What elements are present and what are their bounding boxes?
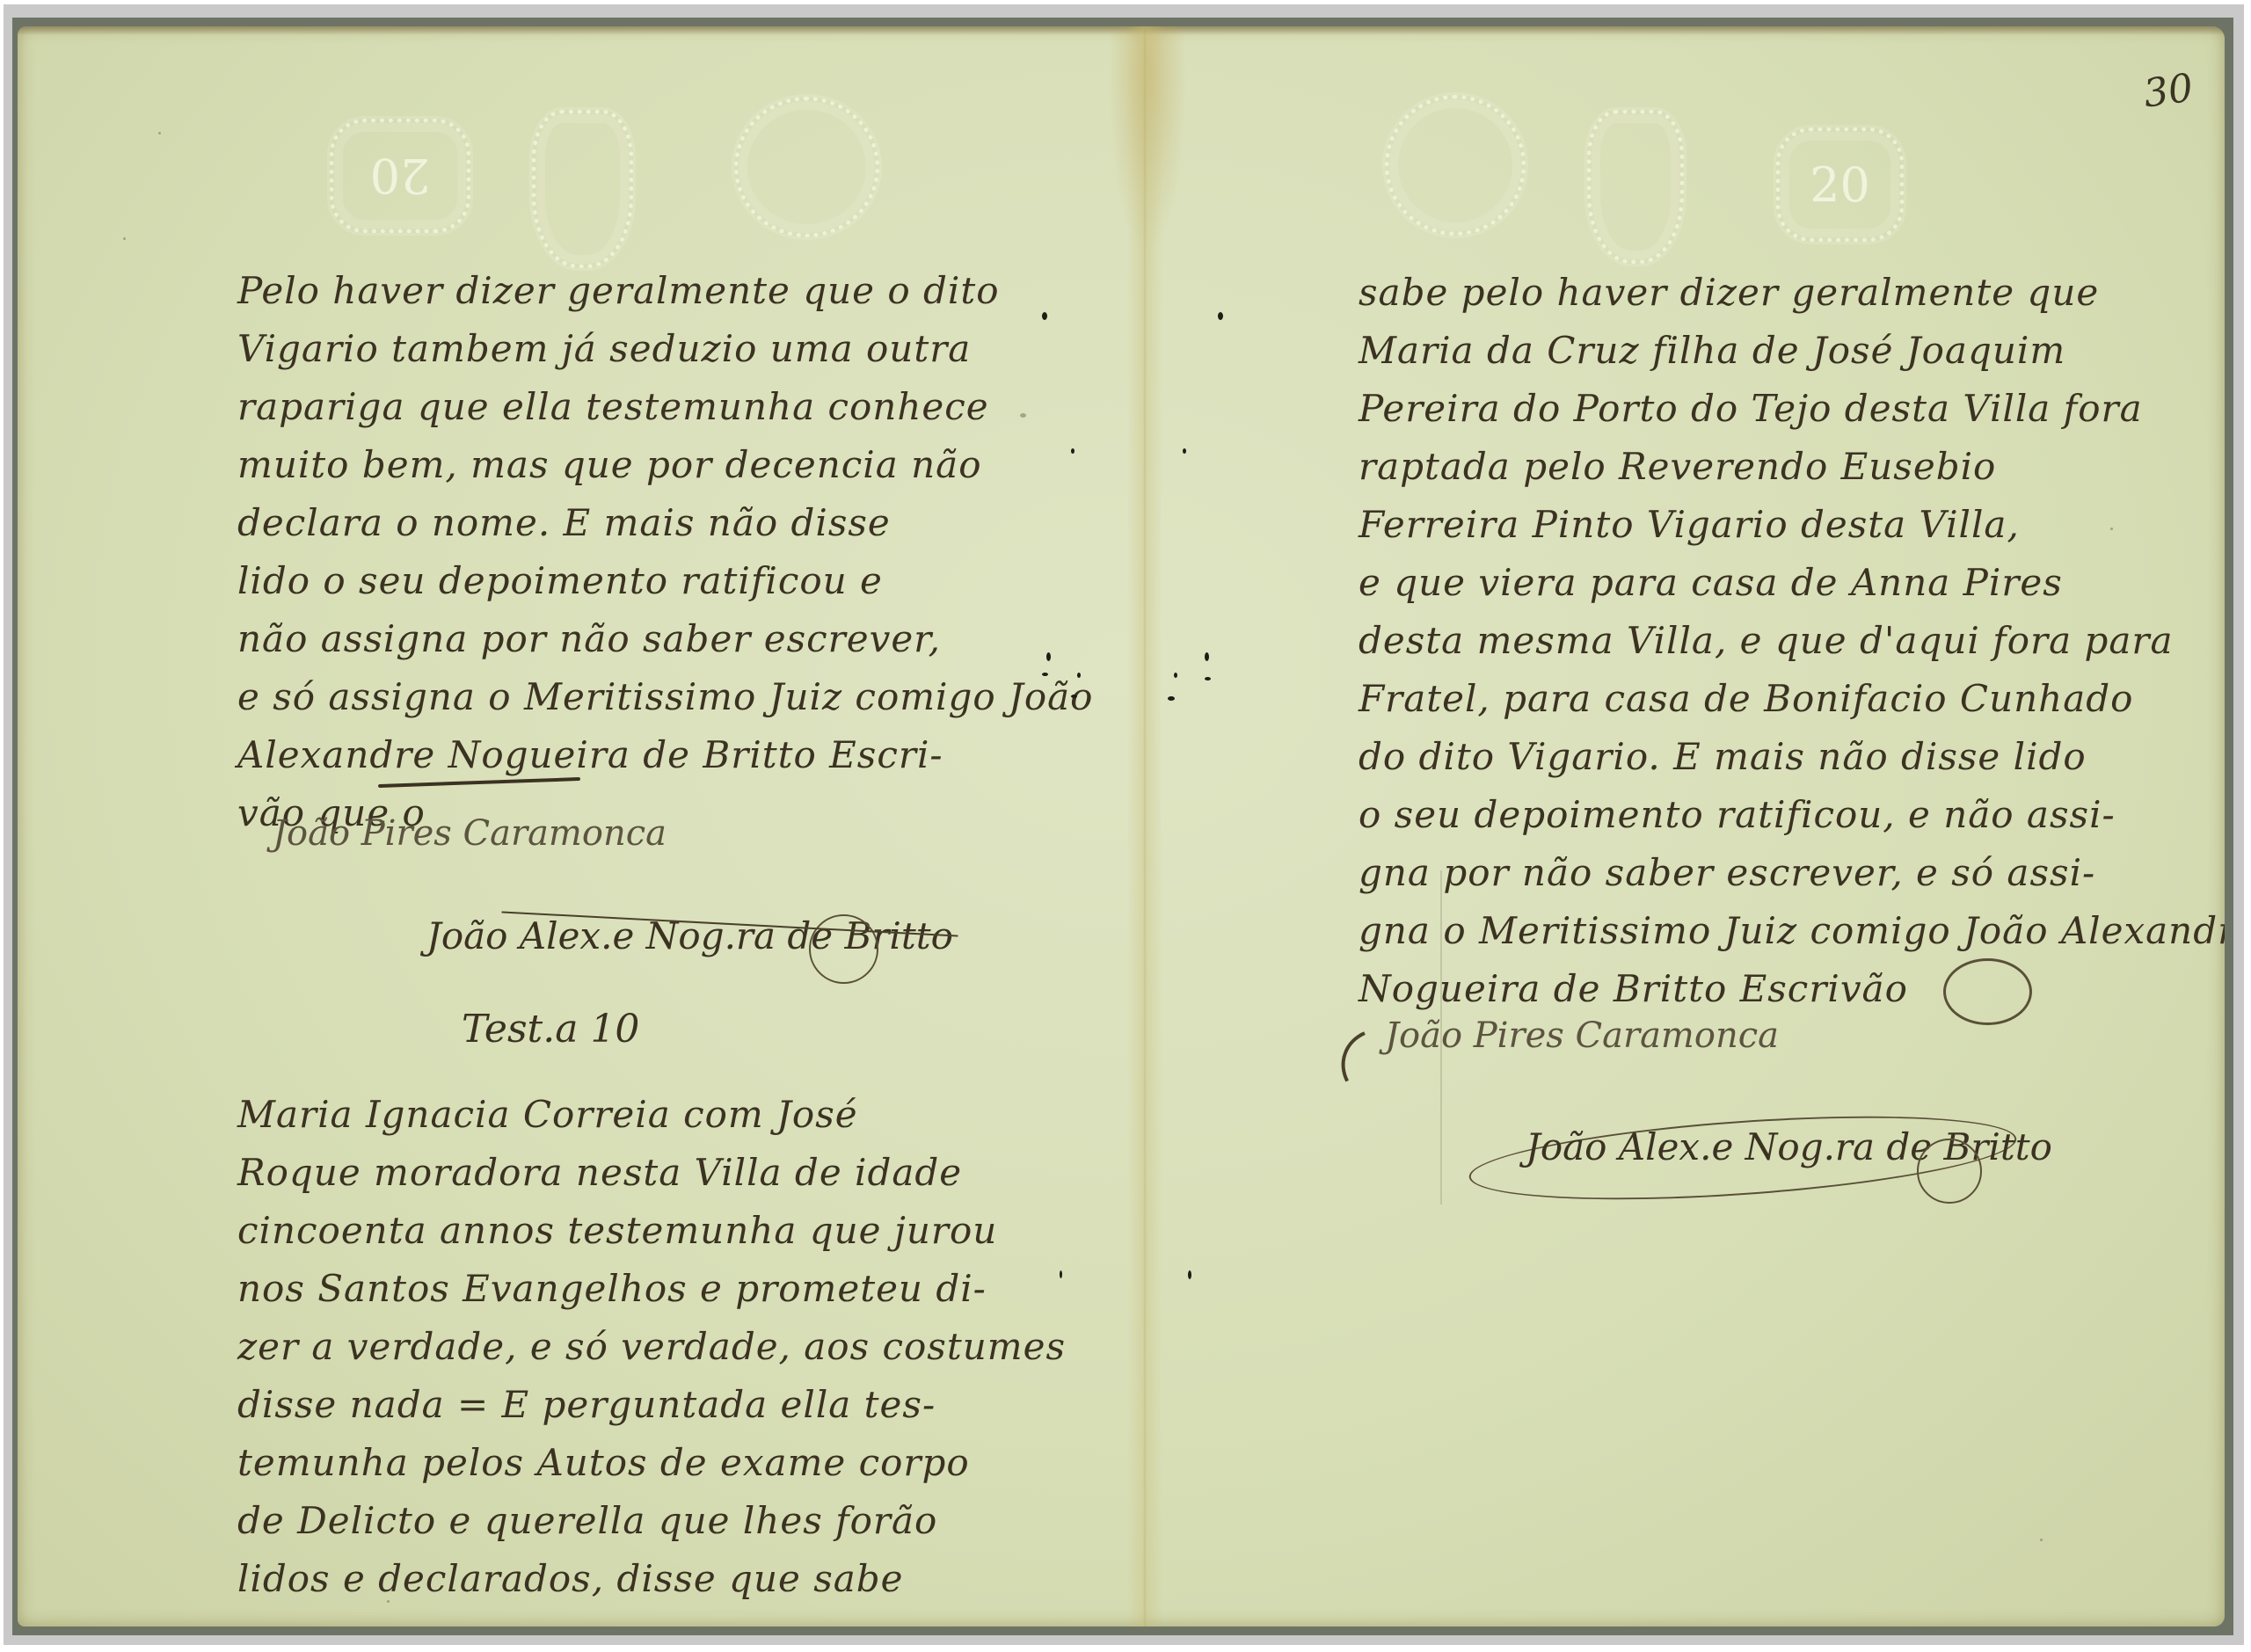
text-line: de Delicto e querella que lhes forão	[237, 1492, 932, 1550]
manuscript-spread: 20 20 30 Pelo haver dizer geralmente que…	[18, 26, 2225, 1627]
text-line: nos Santos Evangelhos e prometeu di-	[237, 1260, 932, 1318]
paper-speck	[387, 1600, 390, 1603]
text-line: Pelo haver dizer geralmente que o dito	[237, 262, 932, 320]
text-line: disse nada = E perguntada ella tes-	[237, 1376, 932, 1434]
embossed-crest-right	[1587, 110, 1684, 264]
text-line: gna por não saber escrever, e só assi-	[1359, 844, 2088, 902]
signature-witness-right: João Pires Caramonca	[1385, 1015, 1779, 1056]
left-page-testimony: Maria Ignacia Correia com José Roque mor…	[237, 1086, 932, 1608]
binding-hole	[1205, 652, 1209, 661]
paper-speck	[2110, 528, 2113, 530]
right-page-text: sabe pelo haver dizer geralmente que Mar…	[1359, 264, 2088, 1018]
text-line: zer a verdade, e só verdade, aos costume…	[237, 1318, 932, 1376]
binding-hole	[1042, 673, 1048, 676]
text-line: Alexandre Nogueira de Britto Escri-	[237, 726, 932, 784]
text-line: sabe pelo haver dizer geralmente que	[1359, 264, 2088, 322]
signature-flourish	[1943, 958, 2032, 1025]
binding-hole	[1046, 652, 1051, 661]
text-line: Ferreira Pinto Vigario desta Villa,	[1359, 496, 2088, 554]
binding-hole	[1071, 448, 1075, 454]
binding-hole	[1042, 312, 1047, 320]
text-line: gna o Meritissimo Juiz comigo João Alexa…	[1359, 902, 2088, 960]
text-line: Maria da Cruz filha de José Joaquim	[1359, 322, 2088, 380]
center-fold	[1127, 26, 1162, 1627]
text-line: Fratel, para casa de Bonifacio Cunhado	[1359, 670, 2088, 728]
signature-witness-left: João Pires Caramonca	[273, 813, 667, 854]
binding-hole	[1071, 695, 1077, 698]
text-line: raptada pelo Reverendo Eusebio	[1359, 438, 2088, 496]
text-line: Roque moradora nesta Villa de idade	[237, 1144, 932, 1202]
binding-hole	[1060, 1270, 1062, 1278]
paper-speck	[2040, 1539, 2043, 1541]
text-line: muito bem, mas que por decencia não	[237, 436, 932, 494]
text-line: Pereira do Porto do Tejo desta Villa for…	[1359, 380, 2088, 438]
binding-hole	[1218, 312, 1223, 320]
folio-number: 30	[2141, 65, 2196, 116]
paper-speck	[158, 132, 161, 135]
signature-flourish	[1917, 1139, 1982, 1204]
text-line: Maria Ignacia Correia com José	[237, 1086, 932, 1144]
paper-speck	[123, 237, 126, 240]
binding-hole	[1205, 677, 1211, 680]
binding-hole	[1174, 673, 1177, 678]
text-line: declara o nome. E mais não disse	[237, 494, 932, 552]
signature-flourish	[809, 914, 878, 984]
text-line: temunha pelos Autos de exame corpo	[237, 1434, 932, 1492]
text-line: rapariga que ella testemunha conhece	[237, 378, 932, 436]
text-line: e que viera para casa de Anna Pires	[1359, 554, 2088, 612]
text-line: cincoenta annos testemunha que jurou	[237, 1202, 932, 1260]
text-line: o seu depoimento ratificou, e não assi-	[1359, 786, 2088, 844]
embossed-stamp-left-value: 20	[330, 119, 470, 233]
text-line: lidos e declarados, disse que sabe	[237, 1550, 932, 1608]
text-line: do dito Vigario. E mais não disse lido	[1359, 728, 2088, 786]
left-page-text: Pelo haver dizer geralmente que o dito V…	[237, 262, 932, 842]
text-line: não assigna por não saber escrever,	[237, 610, 932, 668]
paper-speck	[1020, 413, 1026, 418]
embossed-seal-left	[734, 97, 879, 237]
binding-hole	[1188, 1270, 1191, 1279]
binding-hole	[1183, 448, 1186, 454]
text-line: lido o seu depoimento ratificou e	[237, 552, 932, 610]
binding-hole	[1077, 673, 1081, 678]
binding-hole	[1168, 696, 1175, 701]
embossed-crest-left	[532, 110, 633, 268]
text-line: e só assigna o Meritissimo Juiz comigo J…	[237, 668, 932, 726]
testimony-heading: Test.a 10	[462, 1007, 639, 1052]
text-line: desta mesma Villa, e que d'aqui fora par…	[1359, 612, 2088, 670]
text-line: Vigario tambem já seduzio uma outra	[237, 320, 932, 378]
embossed-seal-right	[1385, 95, 1526, 236]
embossed-stamp-right-value: 20	[1776, 127, 1904, 242]
